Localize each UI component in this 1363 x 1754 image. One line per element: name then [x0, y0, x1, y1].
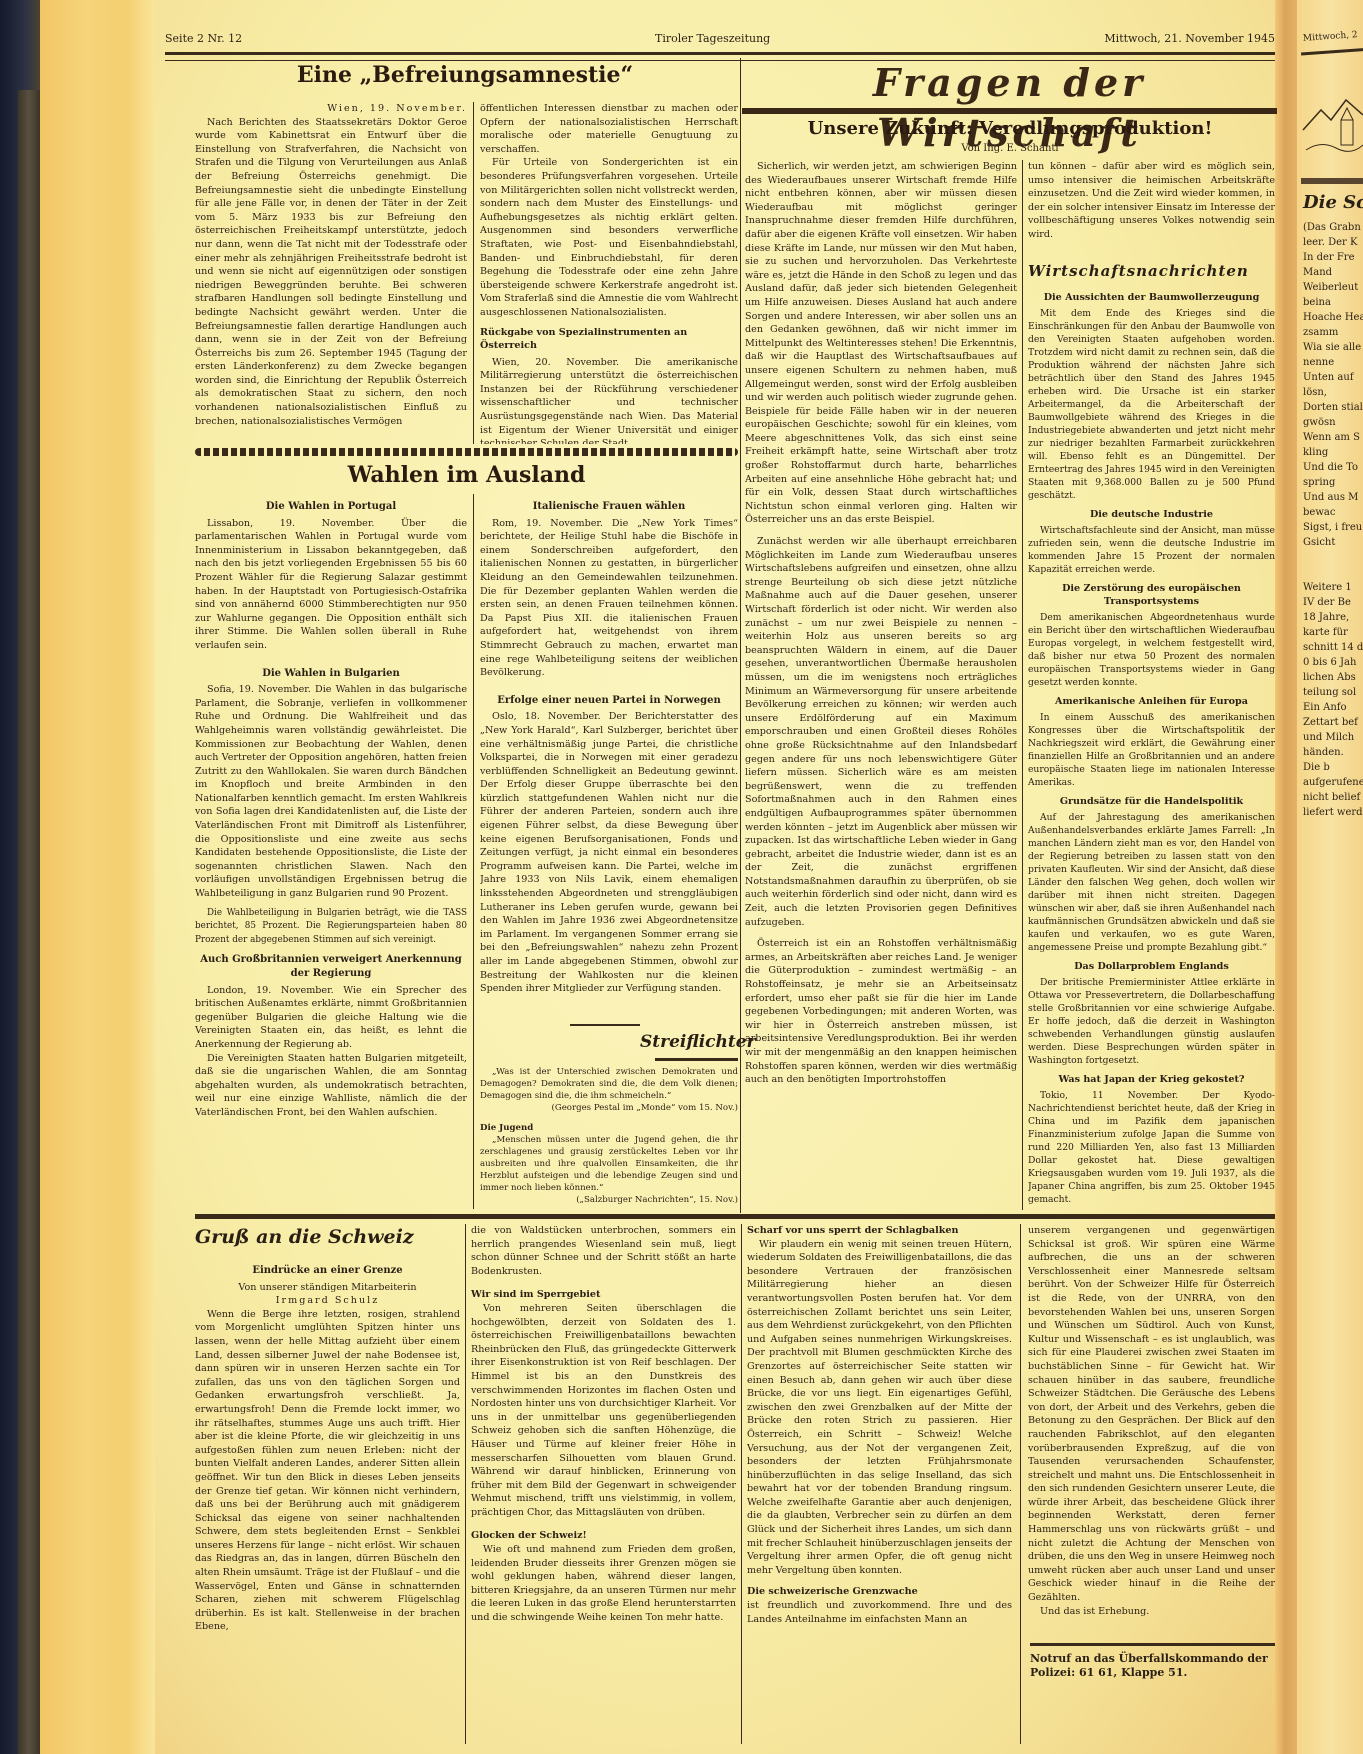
streiflichter-rule — [655, 1058, 738, 1061]
adjacent-line: Gsicht — [1303, 535, 1363, 550]
economy-text-2: Zunächst werden wir alle überhaupt errei… — [745, 535, 1017, 929]
column-divider — [1022, 160, 1023, 1210]
adjacent-line: Weitere 1 — [1303, 580, 1363, 595]
streiflichter-title: Streiflichter — [640, 1032, 738, 1052]
adjacent-line: Und aus M — [1303, 490, 1363, 505]
adjacent-line: Dorten stial — [1303, 400, 1363, 415]
norway-text: Oslo, 18. November. Der Berichterstatter… — [480, 710, 738, 995]
schweiz-column-2: die von Waldstücken unterbrochen, sommer… — [471, 1224, 736, 1744]
news-item-text: Tokio, 11 November. Der Kyodo-Nachrichte… — [1028, 1089, 1275, 1206]
economy-banner: Fragen der Wirtschaft — [742, 58, 1277, 108]
adjacent-line: karte für — [1303, 625, 1363, 640]
adjacent-line: (Das Grabn — [1303, 220, 1363, 235]
news-title: Wirtschaftsnachrichten — [1028, 262, 1275, 280]
police-notice: Notruf an das Überfallskommando der Poli… — [1030, 1652, 1275, 1680]
news-item-text: Mit dem Ende des Krieges sind die Einsch… — [1028, 307, 1275, 502]
adjacent-line: und Milch — [1303, 730, 1363, 745]
adjacent-line: kling — [1303, 445, 1363, 460]
britain-heading: Auch Großbritannien verweigert Anerkennu… — [195, 953, 467, 980]
britain-text: London, 19. November. Wie ein Sprecher d… — [195, 984, 467, 1052]
adjacent-line: Mand — [1303, 265, 1363, 280]
adjacent-line: Wenn am S — [1303, 430, 1363, 445]
schweiz-text-5: Wir plaudern ein wenig mit seinen treuen… — [747, 1238, 1012, 1578]
economy-text-1: Sicherlich, wir werden jetzt, am schwier… — [745, 160, 1017, 527]
adjacent-line: Weiberleut — [1303, 280, 1363, 295]
column-divider — [473, 102, 474, 444]
glocken-heading: Glocken der Schweiz! — [471, 1529, 736, 1543]
schweiz-closing: Und das ist Erhebung. — [1028, 1605, 1275, 1619]
news-item-text: Wirtschaftsfachleute sind der Ansicht, m… — [1028, 524, 1275, 576]
amnesty-column-2: öffentlichen Interessen dienstbar zu mac… — [480, 102, 738, 444]
notice-rule — [1030, 1643, 1275, 1646]
news-item-text: Der britische Premierminister Attlee erk… — [1028, 976, 1275, 1067]
economy-text-3: Österreich ist ein an Rohstoffen verhält… — [745, 937, 1017, 1087]
news-item-heading: Die Aussichten der Baumwollerzeugung — [1028, 291, 1275, 304]
schweiz-text-4: Wie oft und mahnend zum Frieden dem groß… — [471, 1543, 736, 1625]
adjacent-line: Ein Anfo — [1303, 700, 1363, 715]
adjacent-line: 0 bis 6 Jah — [1303, 655, 1363, 670]
news-item-text: Dem amerikanischen Abgeordnetenhaus wurd… — [1028, 611, 1275, 689]
adjacent-rule — [1301, 48, 1363, 56]
bulgaria-heading: Die Wahlen in Bulgarien — [195, 667, 467, 681]
schweiz-subtitle: Eindrücke an einer Grenze — [195, 1264, 460, 1278]
adjacent-line: leer. Der K — [1303, 235, 1363, 250]
adjacent-line: lösn, — [1303, 385, 1363, 400]
schweiz-text-3: Von mehreren Seiten überschlagen die hoc… — [471, 1302, 736, 1520]
portugal-text: Lissabon, 19. November. Über die parlame… — [195, 517, 467, 653]
mountain-village-illustration-icon — [1301, 70, 1363, 170]
amnesty-dateline: Wien, 19. November. — [195, 102, 467, 116]
italy-text: Rom, 19. November. Die „New York Times“ … — [480, 517, 738, 680]
adjacent-line: Und die To — [1303, 460, 1363, 475]
quote-1: „Was ist der Unterschied zwischen Demokr… — [480, 1066, 738, 1102]
britain-text-2: Die Vereinigten Staaten hatten Bulgarien… — [195, 1052, 467, 1120]
adjacent-line: bewac — [1303, 505, 1363, 520]
adjacent-line: Zettart bef — [1303, 715, 1363, 730]
adjacent-line: Sigst, i freu — [1303, 520, 1363, 535]
schweiz-byline: Von unserer ständigen Mitarbeiterin — [195, 1281, 460, 1295]
banner-rule — [742, 108, 1277, 114]
adjacent-line — [1303, 550, 1363, 565]
binding-cloth — [18, 90, 40, 1754]
news-item-heading: Was hat Japan der Krieg gekostet? — [1028, 1073, 1275, 1086]
adjacent-line: nicht belief — [1303, 790, 1363, 805]
jugend-heading: Die Jugend — [480, 1122, 738, 1134]
adjacent-line: spring — [1303, 475, 1363, 490]
streiflichter-column: „Was ist der Unterschied zwischen Demokr… — [480, 1066, 738, 1214]
quote-1-source: (Georges Pestal im „Monde“ vom 15. Nov.) — [480, 1102, 738, 1114]
schweiz-column-4: unserem vergangenen und gegenwärtigen Sc… — [1028, 1224, 1275, 1644]
column-divider — [741, 1224, 742, 1744]
news-item-text: Auf der Jahrestagung des amerikanischen … — [1028, 811, 1275, 954]
amnesty-column-1: Wien, 19. November. Nach Berichten des S… — [195, 102, 467, 444]
adjacent-line: beina — [1303, 295, 1363, 310]
masthead: Seite 2 Nr. 12 Tiroler Tageszeitung Mitt… — [165, 32, 1275, 54]
schweiz-text-2: die von Waldstücken unterbrochen, sommer… — [471, 1224, 736, 1278]
adjacent-header-rule — [1301, 178, 1363, 184]
schweiz-text-1: Wenn die Berge ihre letzten, rosigen, st… — [195, 1308, 460, 1634]
adjacent-line: Die b — [1303, 760, 1363, 775]
economy-text-4: tun können – dafür aber wird es möglich … — [1028, 160, 1275, 240]
adjacent-line: händen. — [1303, 745, 1363, 760]
schweiz-title: Gruß an die Schweiz — [195, 1226, 465, 1248]
adjacent-line: Unten auf — [1303, 370, 1363, 385]
adjacent-line: IV der Be — [1303, 595, 1363, 610]
elections-column-1: Die Wahlen in Portugal Lissabon, 19. Nov… — [195, 494, 467, 1214]
adjacent-line: schnitt 14 d — [1303, 640, 1363, 655]
news-item-heading: Das Dollarproblem Englands — [1028, 960, 1275, 973]
schlagbalken-heading: Scharf vor uns sperrt der Schlagbalken — [747, 1224, 1012, 1238]
news-item-text: In einem Ausschuß des amerikanischen Kon… — [1028, 711, 1275, 789]
economy-byline: Von Ing. E. Schantl — [745, 143, 1275, 154]
adjacent-header: Mittwoch, 2 — [1303, 28, 1359, 47]
schweiz-author: Irmgard Schulz — [195, 1294, 460, 1308]
adjacent-line: liefert werd — [1303, 805, 1363, 820]
instrument-heading: Rückgabe von Spezialinstrumenten an Öste… — [480, 326, 738, 353]
news-column: Die Aussichten der BaumwollerzeugungMit … — [1028, 285, 1275, 1210]
adjacent-line: teilung sol — [1303, 685, 1363, 700]
column-divider — [465, 1224, 466, 1744]
amnesty-text-2: öffentlichen Interessen dienstbar zu mac… — [480, 102, 738, 156]
sperrgebiet-heading: Wir sind im Sperrgebiet — [471, 1288, 736, 1302]
news-item-heading: Die deutsche Industrie — [1028, 508, 1275, 521]
quote-2-source: („Salzburger Nachrichten“, 15. Nov.) — [480, 1194, 738, 1206]
adjacent-page: Mittwoch, 2 Die Sch (Das Grabnleer. Der … — [1297, 0, 1363, 1754]
column-divider — [1020, 1224, 1021, 1744]
adjacent-text: (Das Grabnleer. Der KIn der FreMandWeibe… — [1303, 220, 1363, 820]
news-item-heading: Amerikanische Anleihen für Europa — [1028, 695, 1275, 708]
norway-heading: Erfolge einer neuen Partei in Norwegen — [480, 694, 738, 708]
adjacent-line — [1303, 565, 1363, 580]
adjacent-line: Hoache Hea — [1303, 310, 1363, 325]
adjacent-line: zsamm — [1303, 325, 1363, 340]
wavy-divider — [195, 448, 738, 456]
newspaper-name: Tiroler Tageszeitung — [655, 32, 770, 45]
elections-column-2: Italienische Frauen wählen Rom, 19. Nove… — [480, 494, 738, 1014]
news-item-heading: Die Zerstörung des europäischen Transpor… — [1028, 582, 1275, 608]
instrument-text: Wien, 20. November. Die amerikanische Mi… — [480, 356, 738, 444]
page-edge — [1275, 0, 1297, 1754]
amnesty-text-3: Für Urteile von Sondergerichten ist ein … — [480, 156, 738, 319]
adjacent-line: nenne — [1303, 355, 1363, 370]
quote-2: „Menschen müssen unter die Jugend gehen,… — [480, 1134, 738, 1194]
section-divider — [740, 58, 741, 1213]
schweiz-column-3: Scharf vor uns sperrt der Schlagbalken W… — [747, 1224, 1012, 1744]
bulgaria-text: Sofia, 19. November. Die Wahlen in das b… — [195, 683, 467, 901]
adjacent-line: In der Fre — [1303, 250, 1363, 265]
adjacent-title: Die Sch — [1303, 192, 1363, 213]
amnesty-text-1: Nach Berichten des Staatssekretärs Dokto… — [195, 116, 467, 429]
italy-heading: Italienische Frauen wählen — [480, 500, 738, 514]
schweiz-text-7: unserem vergangenen und gegenwärtigen Sc… — [1028, 1224, 1275, 1605]
portugal-heading: Die Wahlen in Portugal — [195, 500, 467, 514]
issue-date: Mittwoch, 21. November 1945 — [1104, 32, 1275, 45]
amnesty-title: Eine „Befreiungsamnestie“ — [195, 62, 735, 88]
adjacent-line: gwösn — [1303, 415, 1363, 430]
schweiz-column-1: Eindrücke an einer Grenze Von unserer st… — [195, 1258, 460, 1748]
schweiz-text-6: ist freundlich und zuvorkommend. Ihre un… — [747, 1599, 1012, 1626]
page-number: Seite 2 Nr. 12 — [165, 32, 242, 45]
adjacent-line: aufgerufenen — [1303, 775, 1363, 790]
short-rule — [570, 1024, 640, 1026]
adjacent-line: lichen Abs — [1303, 670, 1363, 685]
economy-title: Unsere Zukunft: Veredlungsproduktion! — [745, 118, 1275, 139]
page-gutter — [40, 0, 155, 1754]
grenzwache-heading: Die schweizerische Grenzwache — [747, 1585, 1012, 1599]
column-divider — [473, 494, 474, 1209]
news-item-heading: Grundsätze für die Handelspolitik — [1028, 795, 1275, 808]
economy-column-1: Sicherlich, wir werden jetzt, am schwier… — [745, 160, 1017, 1210]
adjacent-line: Wia sie alle — [1303, 340, 1363, 355]
elections-title: Wahlen im Ausland — [195, 462, 738, 488]
adjacent-line: 18 Jahre, — [1303, 610, 1363, 625]
economy-column-2: tun können – dafür aber wird es möglich … — [1028, 160, 1275, 240]
bulgaria-text-2: Die Wahlbeteiligung in Bulgarien beträgt… — [195, 907, 467, 948]
section-rule — [195, 1214, 1275, 1219]
